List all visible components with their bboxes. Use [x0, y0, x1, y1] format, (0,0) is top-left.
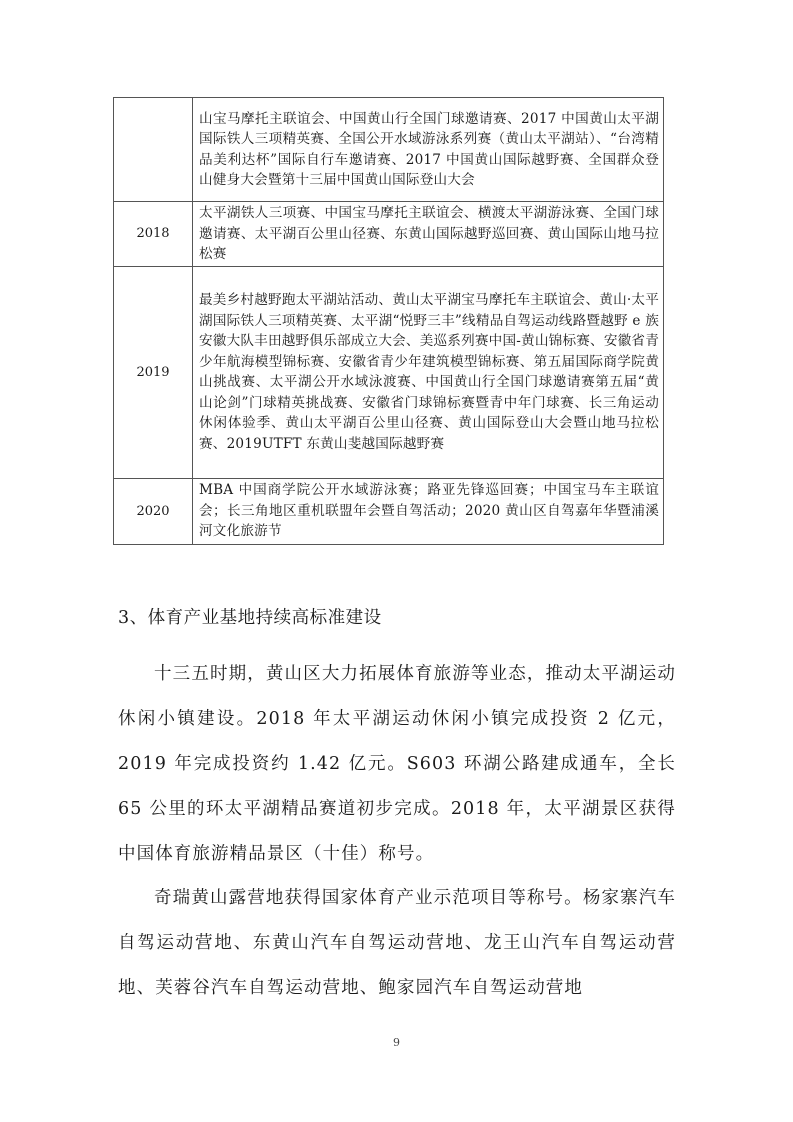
- events-table: 山宝马摩托主联谊会、中国黄山行全国门球邀请赛、2017 中国黄山太平湖国际铁人三…: [113, 97, 664, 545]
- table-row: 2019 最美乡村越野跑太平湖站活动、黄山太平湖宝马摩托车主联谊会、黄山·太平湖…: [114, 266, 664, 478]
- paragraph-text: 十三五时期，黄山区大力拓展体育旅游等业态，推动太平湖运动休闲小镇建设。2018 …: [118, 664, 676, 864]
- year-cell: 2020: [114, 478, 193, 544]
- events-cell: 山宝马摩托主联谊会、中国黄山行全国门球邀请赛、2017 中国黄山太平湖国际铁人三…: [193, 98, 664, 202]
- table-row: 山宝马摩托主联谊会、中国黄山行全国门球邀请赛、2017 中国黄山太平湖国际铁人三…: [114, 98, 664, 202]
- page-number: 9: [0, 1036, 793, 1049]
- year-cell: 2019: [114, 266, 193, 478]
- events-cell: 最美乡村越野跑太平湖站活动、黄山太平湖宝马摩托车主联谊会、黄山·太平湖国际铁人三…: [193, 266, 664, 478]
- section-heading: 3、体育产业基地持续高标准建设: [118, 604, 382, 629]
- paragraph-text: 奇瑞黄山露营地获得国家体育产业示范项目等称号。杨家寨汽车自驾运动营地、东黄山汽车…: [118, 888, 676, 998]
- year-cell: [114, 98, 193, 202]
- events-cell: 太平湖铁人三项赛、中国宝马摩托主联谊会、横渡太平湖游泳赛、全国门球邀请赛、太平湖…: [193, 202, 664, 267]
- table-row: 2020 MBA 中国商学院公开水域游泳赛；路亚先锋巡回赛；中国宝马车主联谊会；…: [114, 478, 664, 544]
- body-paragraph: 十三五时期，黄山区大力拓展体育旅游等业态，推动太平湖运动休闲小镇建设。2018 …: [118, 652, 676, 877]
- events-cell: MBA 中国商学院公开水域游泳赛；路亚先锋巡回赛；中国宝马车主联谊会；长三角地区…: [193, 478, 664, 544]
- year-cell: 2018: [114, 202, 193, 267]
- body-paragraph: 奇瑞黄山露营地获得国家体育产业示范项目等称号。杨家寨汽车自驾运动营地、东黄山汽车…: [118, 876, 676, 1011]
- table-row: 2018 太平湖铁人三项赛、中国宝马摩托主联谊会、横渡太平湖游泳赛、全国门球邀请…: [114, 202, 664, 267]
